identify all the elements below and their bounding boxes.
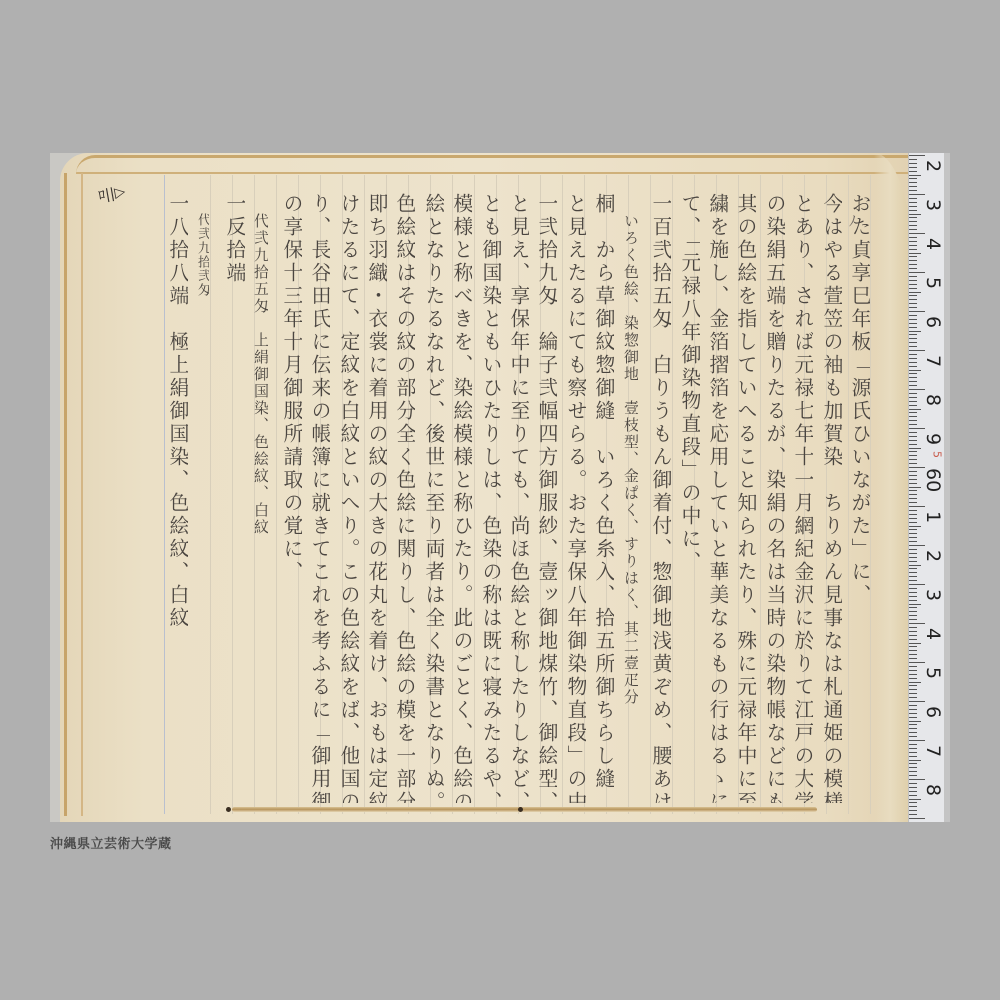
ruler-tick (909, 444, 917, 445)
ruler-label: 3 (922, 195, 944, 215)
ruler-tick (909, 475, 917, 476)
manuscript-photo: ﾛ||▷ ﾉ おた貞享巳年板「源氏ひいながた」に、今はやる萱笠の袖も加賀染 ちり… (50, 153, 950, 822)
ruler-tick (909, 175, 921, 176)
ruler-tick (909, 171, 917, 172)
ruler-tick (909, 592, 917, 593)
ruler-tick (909, 455, 917, 456)
ruler-label: 5 (922, 663, 944, 683)
ruler-tick (909, 615, 917, 616)
ruler-label: 7 (922, 741, 944, 761)
ruler-label: 6 (922, 702, 944, 722)
ruler-tick (909, 724, 917, 725)
text-column: 代弐九拾弐匁 (196, 213, 209, 297)
ruler-tick (909, 405, 917, 406)
ruler-tick (909, 487, 921, 488)
ruler-tick (909, 799, 921, 800)
ruled-line (848, 175, 849, 814)
ruler-label: 4 (922, 234, 944, 254)
ruler-tick (909, 190, 917, 191)
ruler-tick (909, 268, 917, 269)
text-column: 一弐拾九匁 綸子弐幅四方御服紗、壹ッ御地煤竹、御絵型、雲輪二梅折枝、芭蕉 (537, 193, 557, 803)
ruler-label: 4 (922, 624, 944, 644)
ruler-tick (909, 709, 917, 710)
ruler-tick (909, 217, 917, 218)
text-column: て、「元禄八年御染物直段」の中に、 (680, 193, 700, 574)
ruler-tick (909, 802, 917, 803)
ruler-tick (909, 432, 917, 433)
ruler-tick (909, 440, 917, 441)
ruler-tick (909, 721, 921, 722)
ruler-tick (909, 678, 917, 679)
ruler-tick (909, 771, 917, 772)
ruler-tick (909, 358, 917, 359)
ruler-tick (909, 767, 917, 768)
ruler-tick (909, 206, 917, 207)
ruler-label: 2 (922, 546, 944, 566)
ruler-tick (909, 483, 917, 484)
ruler-label: 7 (922, 351, 944, 371)
ruler-tick (909, 522, 917, 523)
ruler-tick (909, 494, 917, 495)
ruler-tick (909, 260, 917, 261)
text-column: けたるにて、定紋を白紋といへり。この色絵紋をば、他国の人は加賀紋といへ (339, 193, 359, 803)
ruler-tick (909, 752, 917, 753)
ruler-tick (909, 607, 917, 608)
ruler-tick (909, 736, 917, 737)
ruler-tick (909, 241, 917, 242)
ruler-tick (909, 502, 917, 503)
ruler-tick (909, 451, 917, 452)
ruler-tick (909, 670, 917, 671)
ruler-tick (909, 806, 917, 807)
margin-rule (164, 175, 165, 814)
ruler-tick (909, 412, 917, 413)
text-column: の享保十三年十月御服所請取の覚に、 (282, 193, 302, 584)
ruler-tick (909, 299, 917, 300)
ruler-tick (909, 373, 917, 374)
ruler-tick (909, 362, 917, 363)
ruler-label: 3 (922, 585, 944, 605)
ruler-tick (909, 210, 917, 211)
ruler-tick (909, 436, 917, 437)
binding-hole (226, 807, 231, 812)
ruler-tick (909, 186, 917, 187)
text-column: 色絵紋はその紋の部分全く色絵に関りし、色絵の模を一部分に施すものにて、 (395, 193, 415, 803)
ruler-tick (909, 713, 917, 714)
ruler-tick (909, 315, 917, 316)
ruler-tick (909, 479, 917, 480)
ruler-tick (909, 167, 917, 168)
ruler-tick (909, 783, 917, 784)
ruler-tick (909, 249, 917, 250)
text-column: 代弐九拾五匁 上絹御国染、色絵紋、白紋 (253, 213, 268, 536)
collection-caption: 沖縄県立芸術大学蔵 (50, 833, 172, 852)
binding-hole (518, 807, 523, 812)
ruler-tick (909, 549, 917, 550)
ruler-tick (909, 307, 917, 308)
ruler-label: 1 (922, 507, 944, 527)
ruler-tick (909, 420, 917, 421)
ruler-half-marker: 5 (931, 444, 944, 464)
ruler-tick (909, 529, 917, 530)
binding-thread-right (522, 807, 817, 812)
ruler-tick (909, 284, 917, 285)
ruler-tick (909, 288, 917, 289)
ruler-tick (909, 237, 917, 238)
ruler-tick (909, 689, 917, 690)
ruler-tick (909, 377, 917, 378)
ruler-tick (909, 639, 917, 640)
text-column: とも御国染ともいひたりしは、色染の称は既に寝みたるや、彼の色絵 (481, 193, 501, 803)
ruler-tick (909, 182, 917, 183)
ruler-tick (909, 334, 917, 335)
ruler-tick (909, 600, 917, 601)
text-column: 桐 から草御紋惣御縫 いろく色糸入、拾五所御ちらし縫 (594, 193, 614, 791)
ruler-tick (909, 572, 917, 573)
ruler-tick (909, 557, 917, 558)
ruler-tick (909, 366, 917, 367)
ruler-tick (909, 459, 917, 460)
ruler-tick (909, 646, 917, 647)
ruler-tick (909, 510, 917, 511)
ruler-tick (909, 393, 917, 394)
ruler-tick (909, 385, 917, 386)
ruler-tick (909, 276, 917, 277)
ruler-tick (909, 561, 917, 562)
ruler-tick (909, 448, 921, 449)
ruler-tick (909, 732, 917, 733)
text-column: 絵となりたるなれど、後世に至り両者は全く染書となりぬ。 (424, 193, 444, 803)
text-column: の染絹五端を贈りたるが、染絹の名は当時の染物帳などにも見えざれば (765, 193, 785, 803)
ruled-line (210, 175, 211, 814)
ruler-label: 5 (922, 273, 944, 293)
page-mark: ﾛ||▷ (96, 181, 126, 205)
ruler-tick (909, 541, 917, 542)
ruler-tick (909, 635, 917, 636)
ruler-tick (909, 787, 917, 788)
ruler-tick (909, 163, 917, 164)
ruler-tick (909, 568, 917, 569)
ruler-tick (909, 214, 921, 215)
ruler-tick (909, 471, 917, 472)
ruler-tick (909, 658, 917, 659)
text-column: と見え、享保年中に至りても、尚ほ色絵と称したりしなど、この染色絵を染絵 (509, 193, 529, 803)
ruler-tick (909, 576, 917, 577)
text-column: 一反拾端 (225, 193, 245, 308)
ruler-tick (909, 381, 917, 382)
ruler-tick (909, 409, 921, 410)
ruler-label: 2 (922, 156, 944, 176)
ruler-tick (909, 650, 917, 651)
ruler-tick (909, 748, 917, 749)
manuscript-page: ﾛ||▷ ﾉ おた貞享巳年板「源氏ひいながた」に、今はやる萱笠の袖も加賀染 ちり… (60, 153, 908, 822)
ruler-tick (909, 775, 917, 776)
text-column: 一八拾八端 極上絹御国染、色絵紋、白紋 (168, 193, 188, 630)
ruler-tick (909, 397, 917, 398)
ruler-tick (909, 627, 917, 628)
ruler-label: 6 (922, 312, 944, 332)
ruler-tick (909, 264, 917, 265)
ruler-tick (909, 253, 921, 254)
ruler-tick (909, 643, 921, 644)
ruler-tick (909, 533, 917, 534)
ruler-tick (909, 526, 921, 527)
ruler-tick (909, 580, 917, 581)
ruler-tick (909, 370, 921, 371)
ruler-tick (909, 159, 917, 160)
ruler-tick (909, 256, 917, 257)
ruler-tick (909, 760, 921, 761)
ruler-tick (909, 416, 917, 417)
ruler-tick (909, 565, 921, 566)
ruler-tick (909, 280, 917, 281)
ruler-tick (909, 795, 917, 796)
text-column: とあり、されば元禄七年十一月網紀金沢に於りて江戸の大学頭林鳳岡に国産 (793, 193, 813, 803)
ruler-tick (909, 245, 917, 246)
ruler-tick (909, 631, 917, 632)
ruler-tick (909, 682, 921, 683)
ruler-tick (909, 717, 917, 718)
ruler-tick (909, 518, 917, 519)
text-column: おた貞享巳年板「源氏ひいながた」に、 (850, 193, 870, 607)
ruler-tick (909, 229, 917, 230)
ruler-tick (909, 553, 917, 554)
ruler-tick (909, 424, 917, 425)
ruler-label: 60 (922, 468, 944, 488)
ruler-tick (909, 697, 917, 698)
ruler-tick (909, 705, 917, 706)
text-column: と見えたるにても察せらる。おた享保八年御染物直段」の中に、 (566, 193, 586, 803)
ruler-tick (909, 693, 917, 694)
ruler-tick (909, 221, 917, 222)
ruler-tick (909, 292, 921, 293)
ruled-line (364, 175, 365, 814)
ruler-tick (909, 666, 917, 667)
text-column: 即ち羽織・衣裳に着用の紋の大きの花丸を着け、おもは定紋をも合せて着 (367, 193, 387, 803)
ruler-label: 8 (922, 780, 944, 800)
ruler-tick (909, 338, 917, 339)
ruler-tick (909, 814, 917, 815)
text-column: り、長谷田氏に伝来の帳簿に就きてこれを考ふるに「御用御染物切手留」 (310, 193, 330, 803)
ruler-tick (909, 295, 917, 296)
page-edge-top (76, 155, 908, 174)
ruled-line (760, 175, 761, 814)
ruler-tick (909, 319, 917, 320)
text-column: いろく色絵、染惣御地 壹枝型、金ぱく、すりはく、其二壹疋分 (623, 213, 638, 706)
ruled-line (672, 175, 673, 814)
ruler-tick (909, 342, 917, 343)
ruler-tick (909, 354, 917, 355)
ruler-tick (909, 810, 917, 811)
ruler-tick (909, 674, 917, 675)
binding-thread-left (232, 807, 542, 812)
ruler-tick (909, 198, 917, 199)
ruler-tick (909, 463, 917, 464)
ruler-edge (944, 153, 950, 822)
text-column: 繍を施し、金箔摺箔を応用していと華美なるもの行はるゝに至れる (708, 193, 728, 803)
ruler-tick (909, 514, 917, 515)
ruler-tick (909, 331, 921, 332)
ruler-tick (909, 756, 917, 757)
ruler-tick (909, 346, 917, 347)
ruled-line (276, 175, 277, 814)
ruler-tick (909, 818, 925, 819)
ruler-tick (909, 596, 917, 597)
text-column: 今はやる萱笠の袖も加賀染 ちりめん見事なは札通姫の模様 (822, 193, 842, 803)
page-edge-left (64, 173, 83, 816)
ruler-tick (909, 537, 917, 538)
ruler-tick (909, 763, 917, 764)
ruler-tick (909, 744, 917, 745)
text-column: 其の色絵を指していへること知られたり、殊に元禄年中に至り、色絵に刺 (736, 193, 756, 803)
ruler-tick (909, 791, 917, 792)
ruler-tick (909, 327, 917, 328)
measuring-ruler: 2345678960123456785 (908, 153, 945, 822)
ruler-tick (909, 604, 921, 605)
ruler-tick (909, 685, 917, 686)
ruler-tick (909, 323, 917, 324)
ruled-line (870, 175, 871, 814)
ruler-tick (909, 490, 917, 491)
ruler-tick (909, 202, 917, 203)
ruler-tick (909, 588, 917, 589)
ruler-tick (909, 654, 917, 655)
ruler-tick (909, 401, 917, 402)
ruler-tick (909, 178, 917, 179)
text-column: 一百弐拾五匁 白りうもん御着付、惣御地浅黄ぞめ、腰あけ地白之内、壹枝型かし、 (651, 193, 671, 803)
ruler-label: 8 (922, 390, 944, 410)
ruler-tick (909, 619, 917, 620)
ruler-tick (909, 303, 917, 304)
ruler-tick (909, 728, 917, 729)
ruler-tick (909, 225, 917, 226)
ruled-line (562, 175, 563, 814)
ruler-tick (909, 611, 917, 612)
ruler-tick (909, 498, 917, 499)
text-column: 模様と称べきを、染絵模様と称ひたり。此のごとく、色絵の名は一転して染 (452, 193, 472, 803)
ruled-line (474, 175, 475, 814)
